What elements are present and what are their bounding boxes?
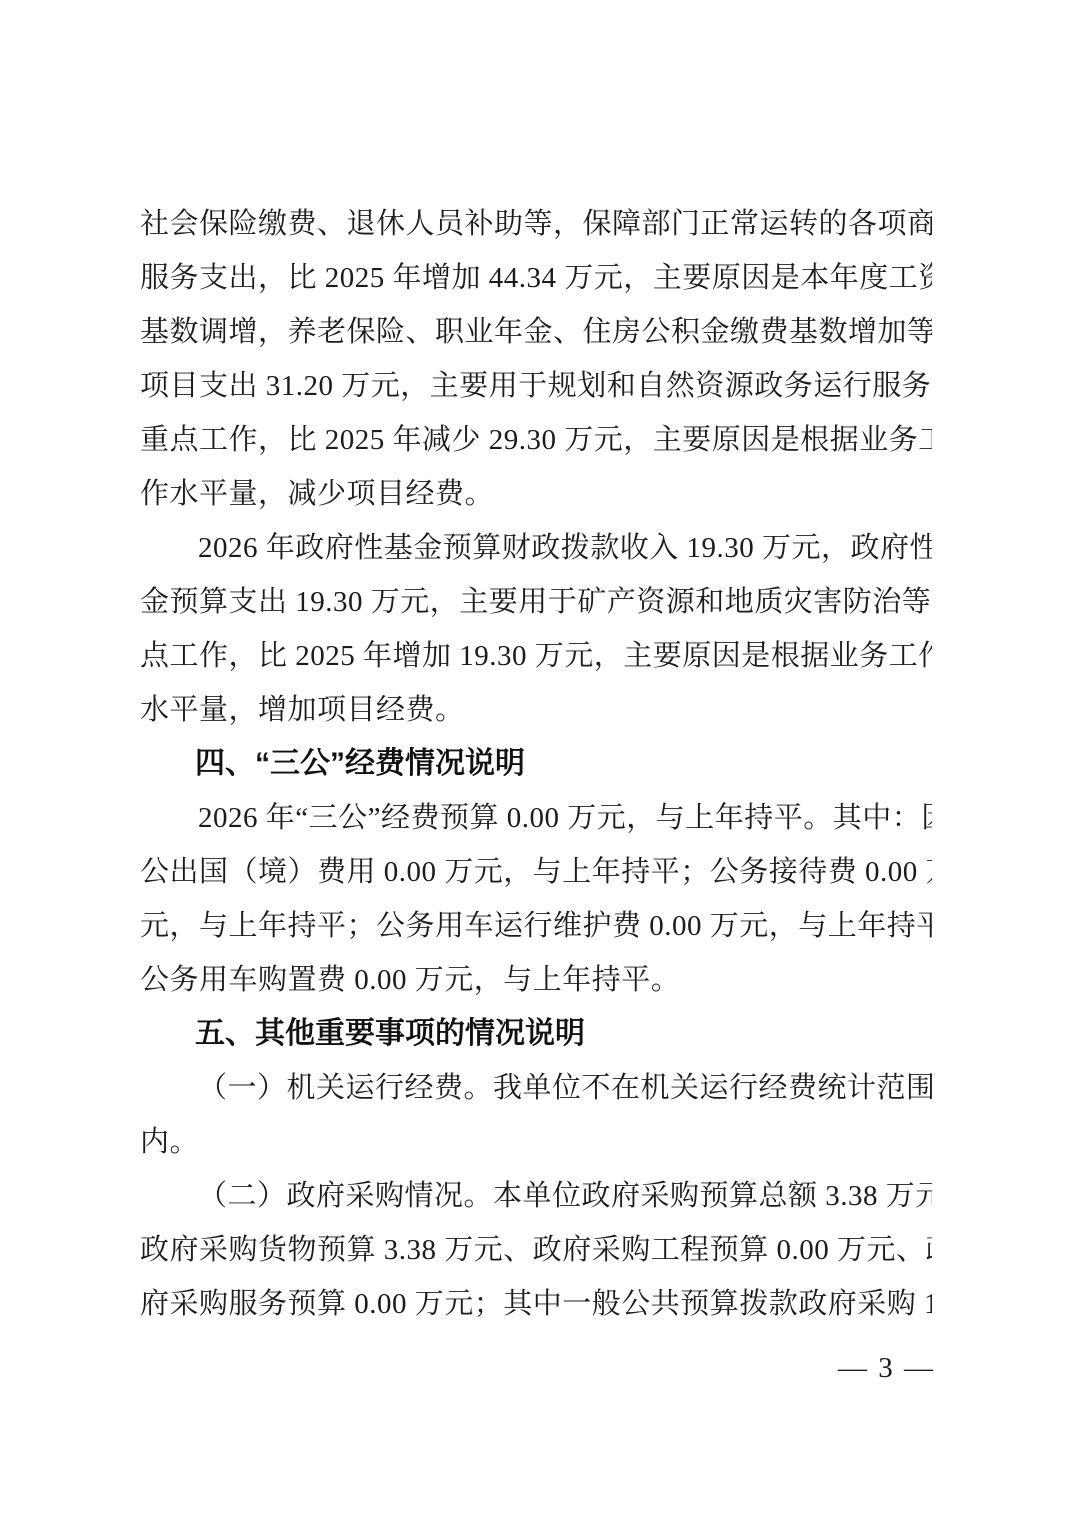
text-line: （一）机关运行经费。我单位不在机关运行经费统计范围之	[140, 1061, 932, 1115]
paragraph-three-public-funds: 2026 年“三公”经费预算 0.00 万元，与上年持平。其中：因 公出国（境）…	[140, 791, 932, 1007]
text-line: 服务支出，比 2025 年增加 44.34 万元，主要原因是本年度工资	[140, 251, 932, 305]
text-line: 基数调增，养老保险、职业年金、住房公积金缴费基数增加等；	[140, 305, 932, 359]
text-line: 水平量，增加项目经费。	[140, 683, 932, 737]
text-line: 2026 年政府性基金预算财政拨款收入 19.30 万元，政府性基	[140, 521, 932, 575]
text-line: （二）政府采购情况。本单位政府采购预算总额 3.38 万元：	[140, 1169, 932, 1223]
paragraph-government-fund-budget: 2026 年政府性基金预算财政拨款收入 19.30 万元，政府性基 金预算支出 …	[140, 521, 932, 737]
document-page: 社会保险缴费、退休人员补助等，保障部门正常运转的各项商品 服务支出，比 2025…	[0, 0, 1074, 1520]
text-line: 作水平量，减少项目经费。	[140, 467, 932, 521]
text-line: 公务用车购置费 0.00 万元，与上年持平。	[140, 953, 932, 1007]
paragraph-budget-expenditure: 社会保险缴费、退休人员补助等，保障部门正常运转的各项商品 服务支出，比 2025…	[140, 197, 932, 521]
text-line: 金预算支出 19.30 万元，主要用于矿产资源和地质灾害防治等重	[140, 575, 932, 629]
text-line: 元，与上年持平；公务用车运行维护费 0.00 万元，与上年持平；	[140, 899, 932, 953]
text-line: 社会保险缴费、退休人员补助等，保障部门正常运转的各项商品	[140, 197, 932, 251]
text-line: 2026 年“三公”经费预算 0.00 万元，与上年持平。其中：因	[140, 791, 932, 845]
text-line: 项目支出 31.20 万元，主要用于规划和自然资源政务运行服务等	[140, 359, 932, 413]
heading-section-5-other-important-matters: 五、其他重要事项的情况说明	[140, 1007, 932, 1061]
heading-section-4-three-public-funds: 四、“三公”经费情况说明	[140, 737, 932, 791]
page-number: — 3 —	[838, 1348, 935, 1388]
text-line: 府采购服务预算 0.00 万元；其中一般公共预算拨款政府采购 1.00	[140, 1277, 932, 1331]
text-line: 点工作，比 2025 年增加 19.30 万元，主要原因是根据业务工作	[140, 629, 932, 683]
paragraph-government-procurement: （二）政府采购情况。本单位政府采购预算总额 3.38 万元： 政府采购货物预算 …	[140, 1169, 932, 1331]
text-line: 公出国（境）费用 0.00 万元，与上年持平；公务接待费 0.00 万	[140, 845, 932, 899]
text-line: 重点工作，比 2025 年减少 29.30 万元，主要原因是根据业务工	[140, 413, 932, 467]
paragraph-operating-expenses: （一）机关运行经费。我单位不在机关运行经费统计范围之 内。	[140, 1061, 932, 1169]
text-line: 政府采购货物预算 3.38 万元、政府采购工程预算 0.00 万元、政	[140, 1223, 932, 1277]
document-text-block: 社会保险缴费、退休人员补助等，保障部门正常运转的各项商品 服务支出，比 2025…	[140, 197, 932, 1331]
text-line: 内。	[140, 1115, 932, 1169]
